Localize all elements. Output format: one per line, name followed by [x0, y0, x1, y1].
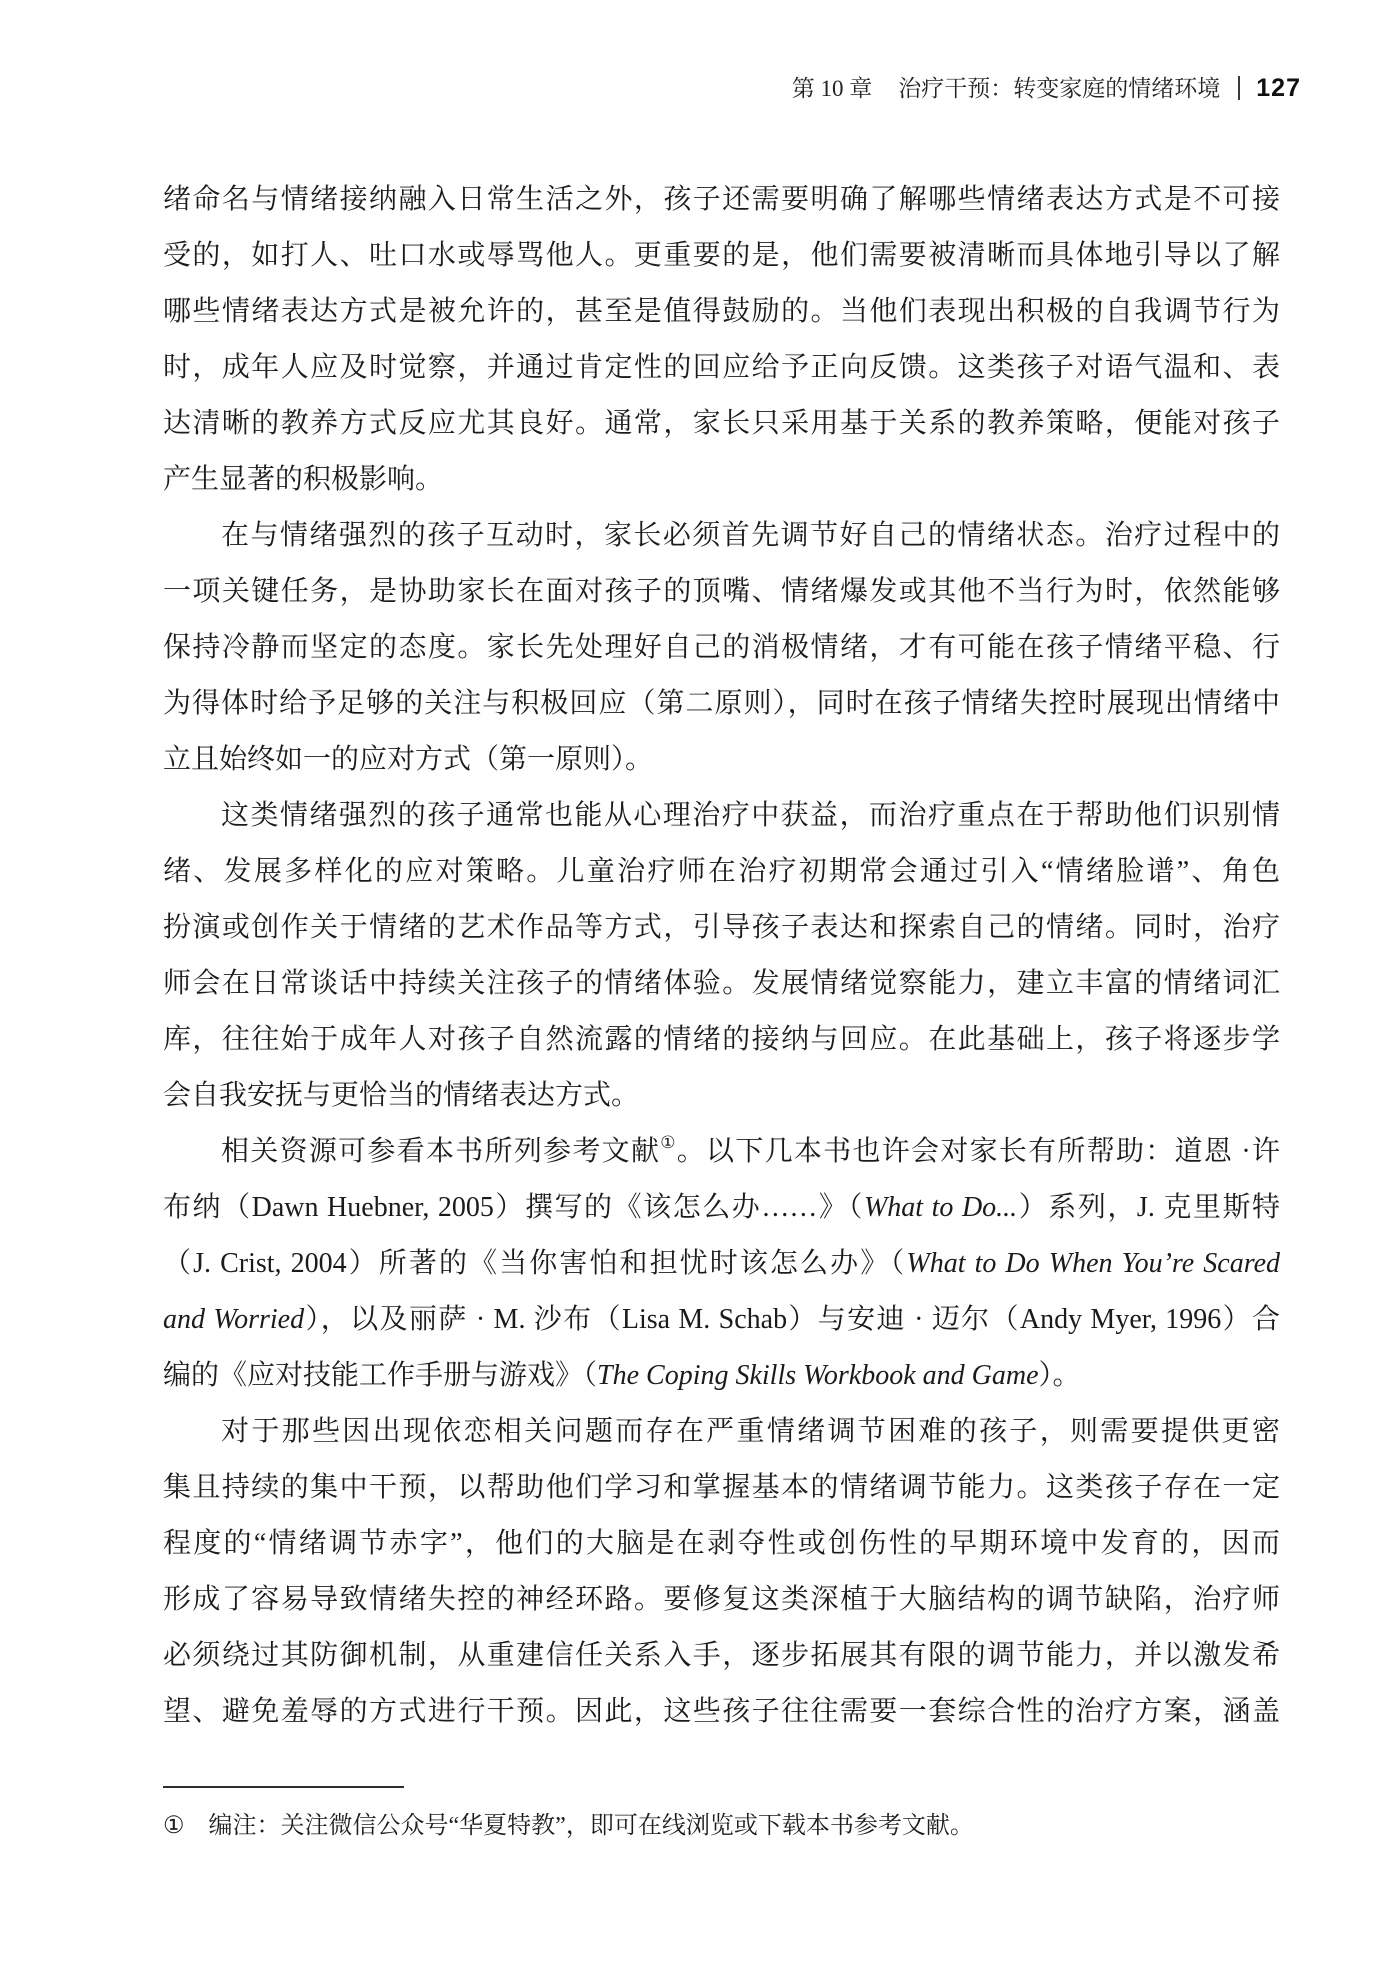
- text-line-p3-6: 会自我安抚与更恰当的情绪表达方式。: [163, 1068, 1280, 1124]
- footnote-marker: ①: [163, 1806, 185, 1846]
- text-line-p5-1: 对于那些因出现依恋相关问题而存在严重情绪调节困难的孩子，则需要提供更密: [163, 1404, 1280, 1460]
- text-line-p1-1: 绪命名与情绪接纳融入日常生活之外，孩子还需要明确了解哪些情绪表达方式是不可接: [163, 172, 1280, 228]
- page-number: 127: [1256, 74, 1301, 102]
- text-line-p4-5: 编的《应对技能工作手册与游戏》（The Coping Skills Workbo…: [163, 1348, 1280, 1404]
- text-line-p3-2: 绪、发展多样化的应对策略。儿童治疗师在治疗初期常会通过引入“情绪脸谱”、角色: [163, 844, 1280, 900]
- text-line-p4-1: 相关资源可参看本书所列参考文献①。以下几本书也许会对家长有所帮助：道恩 ·许: [163, 1124, 1280, 1180]
- text-line-p2-5: 立且始终如一的应对方式（第一原则）。: [163, 732, 1280, 788]
- chapter-title: 治疗干预：转变家庭的情绪环境: [898, 76, 1220, 101]
- text-line-p4-3: （J. Crist, 2004）所著的《当你害怕和担忧时该怎么办》（What t…: [163, 1236, 1280, 1292]
- header-divider-bar: [1238, 76, 1240, 100]
- text-line-p3-5: 库，往往始于成年人对孩子自然流露的情绪的接纳与回应。在此基础上，孩子将逐步学: [163, 1012, 1280, 1068]
- text-line-p5-3: 程度的“情绪调节赤字”，他们的大脑是在剥夺性或创伤性的早期环境中发育的，因而: [163, 1516, 1280, 1572]
- text-line-p2-4: 为得体时给予足够的关注与积极回应（第二原则），同时在孩子情绪失控时展现出情绪中: [163, 676, 1280, 732]
- footnote-text: 编注：关注微信公众号“华夏特教”，即可在线浏览或下载本书参考文献。: [209, 1806, 1280, 1846]
- text-line-p3-4: 师会在日常谈话中持续关注孩子的情绪体验。发展情绪觉察能力，建立丰富的情绪词汇: [163, 956, 1280, 1012]
- text-line-p2-1: 在与情绪强烈的孩子互动时，家长必须首先调节好自己的情绪状态。治疗过程中的: [163, 508, 1280, 564]
- text-line-p1-4: 时，成年人应及时觉察，并通过肯定性的回应给予正向反馈。这类孩子对语气温和、表: [163, 340, 1280, 396]
- text-line-p1-5: 达清晰的教养方式反应尤其良好。通常，家长只采用基于关系的教养策略，便能对孩子: [163, 396, 1280, 452]
- text-line-p5-2: 集且持续的集中干预，以帮助他们学习和掌握基本的情绪调节能力。这类孩子存在一定: [163, 1460, 1280, 1516]
- footnote-rule: [163, 1786, 404, 1788]
- text-line-p3-3: 扮演或创作关于情绪的艺术作品等方式，引导孩子表达和探索自己的情绪。同时，治疗: [163, 900, 1280, 956]
- page-header: 第 10 章治疗干预：转变家庭的情绪环境127: [163, 72, 1301, 105]
- text-line-p3-1: 这类情绪强烈的孩子通常也能从心理治疗中获益，而治疗重点在于帮助他们识别情: [163, 788, 1280, 844]
- chapter-label: 第 10 章: [792, 76, 873, 101]
- text-line-p1-2: 受的，如打人、吐口水或辱骂他人。更重要的是，他们需要被清晰而具体地引导以了解: [163, 228, 1280, 284]
- body-text: 绪命名与情绪接纳融入日常生活之外，孩子还需要明确了解哪些情绪表达方式是不可接受的…: [163, 172, 1280, 1740]
- footnote: ① 编注：关注微信公众号“华夏特教”，即可在线浏览或下载本书参考文献。: [163, 1806, 1280, 1846]
- text-line-p2-3: 保持冷静而坚定的态度。家长先处理好自己的消极情绪，才有可能在孩子情绪平稳、行: [163, 620, 1280, 676]
- text-line-p5-4: 形成了容易导致情绪失控的神经环路。要修复这类深植于大脑结构的调节缺陷，治疗师: [163, 1572, 1280, 1628]
- text-line-p2-2: 一项关键任务，是协助家长在面对孩子的顶嘴、情绪爆发或其他不当行为时，依然能够: [163, 564, 1280, 620]
- text-line-p5-6: 望、避免羞辱的方式进行干预。因此，这些孩子往往需要一套综合性的治疗方案，涵盖: [163, 1684, 1280, 1740]
- text-line-p4-4: and Worried），以及丽萨 · M. 沙布（Lisa M. Schab）…: [163, 1292, 1280, 1348]
- text-line-p1-3: 哪些情绪表达方式是被允许的，甚至是值得鼓励的。当他们表现出积极的自我调节行为: [163, 284, 1280, 340]
- text-line-p4-2: 布纳（Dawn Huebner, 2005）撰写的《该怎么办……》（What t…: [163, 1180, 1280, 1236]
- text-line-p1-6: 产生显著的积极影响。: [163, 452, 1280, 508]
- text-line-p5-5: 必须绕过其防御机制，从重建信任关系入手，逐步拓展其有限的调节能力，并以激发希: [163, 1628, 1280, 1684]
